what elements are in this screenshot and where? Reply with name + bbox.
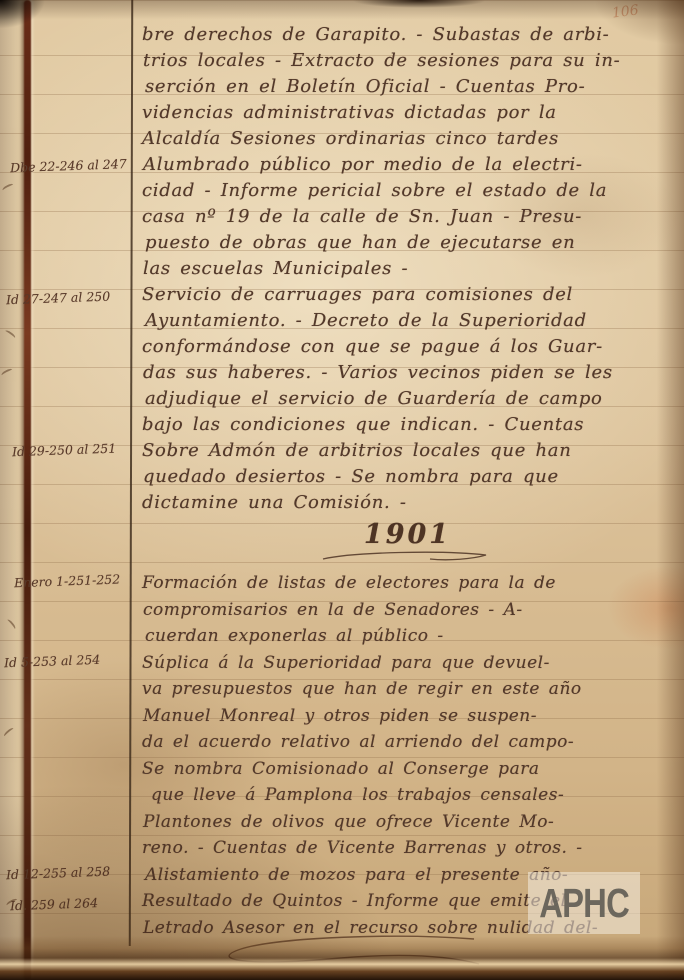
manuscript-page-photo: 106 Dbe 22-246 al 247 Id 27-247 al 250 I… — [0, 0, 684, 980]
year-heading-block: 1901 — [131, 519, 684, 563]
aphc-watermark: APHC — [528, 872, 640, 934]
heading-underline-flourish — [318, 548, 498, 563]
manuscript-line: quedado desiertos - Se nombra para que — [142, 464, 678, 490]
manuscript-line: adjudique el servicio de Guardería de ca… — [142, 386, 678, 412]
manuscript-line: serción en el Boletín Oficial - Cuentas … — [142, 74, 678, 100]
manuscript-line: Servicio de carruages para comisiones de… — [142, 282, 678, 308]
manuscript-line: Formación de listas de electores para la… — [142, 570, 678, 597]
manuscript-line: bre derechos de Garapito. - Subastas de … — [142, 22, 678, 48]
manuscript-body: bre derechos de Garapito. - Subastas de … — [131, 0, 684, 980]
manuscript-line: va presupuestos que han de regir en este… — [142, 676, 678, 703]
manuscript-line: reno. - Cuentas de Vicente Barrenas y ot… — [142, 835, 678, 862]
manuscript-line: Se nombra Comisionado al Conserge para — [142, 756, 678, 783]
manuscript-line: cuerdan exponerlas al público - — [142, 623, 678, 650]
end-flourish — [179, 933, 499, 973]
year-heading: 1901 — [131, 519, 684, 550]
manuscript-line: trios locales - Extracto de sesiones par… — [142, 48, 678, 74]
manuscript-line: casa nº 19 de la calle de Sn. Juan - Pre… — [142, 204, 678, 230]
manuscript-line: das sus haberes. - Varios vecinos piden … — [142, 360, 678, 386]
top-edge-shadow — [352, 0, 486, 8]
manuscript-line: compromisarios en la de Senadores - A- — [142, 597, 678, 624]
manuscript-line: conformándose con que se pague á los Gua… — [142, 334, 678, 360]
manuscript-line: bajo las condiciones que indican. - Cuen… — [142, 412, 678, 438]
manuscript-line: Ayuntamiento. - Decreto de la Superiorid… — [142, 308, 678, 334]
manuscript-line: cidad - Informe pericial sobre el estado… — [142, 178, 678, 204]
watermark-text: APHC — [539, 880, 629, 927]
manuscript-line: que lleve á Pamplona los trabajos censal… — [142, 782, 678, 809]
manuscript-line: da el acuerdo relativo al arriendo del c… — [142, 729, 678, 756]
binding-strip — [24, 0, 31, 980]
manuscript-line: Manuel Monreal y otros piden se suspen- — [142, 703, 678, 730]
manuscript-line: Súplica á la Superioridad para que devue… — [142, 650, 678, 677]
manuscript-line: Alcaldía Sesiones ordinarias cinco tarde… — [142, 126, 678, 152]
manuscript-line: Plantones de olivos que ofrece Vicente M… — [142, 809, 678, 836]
manuscript-line: las escuelas Municipales - — [142, 256, 678, 282]
manuscript-line: videncias administrativas dictadas por l… — [142, 100, 678, 126]
manuscript-line: puesto de obras que han de ejecutarse en — [142, 230, 678, 256]
manuscript-line: Alumbrado público por medio de la electr… — [142, 152, 678, 178]
manuscript-line: Sobre Admón de arbitrios locales que han — [142, 438, 678, 464]
manuscript-line: dictamine una Comisión. - — [142, 490, 678, 516]
entries-section-1900: bre derechos de Garapito. - Subastas de … — [142, 22, 678, 516]
